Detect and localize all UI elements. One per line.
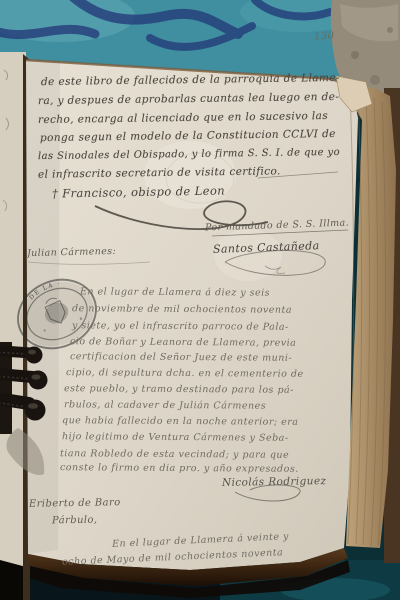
entry-line: cio de Boñar y Leanora de Llamera, previ… [70,335,296,350]
entry-line: hijo legitimo de Ventura Cármenes y Seba… [62,430,289,445]
margin-next-name: Eriberto de Baro [29,496,121,511]
entry-line: tiana Robledo de esta vecindad; y para q… [60,447,289,462]
photo-of-parish-register: · DE LA · [0,0,400,600]
entry-line: En el lugar de Llamera á diez y seis [80,285,270,299]
entry-line: rbulos, al cadaver de Julián Cármenes [64,398,266,412]
entry-line: de noviembre de mil ochocientos noventa [72,302,292,317]
entry-line: y siete, yo el infrascrito parroco de Pa… [72,319,289,334]
entry-line: certificacion del Señor Juez de este mun… [70,350,292,365]
entry-line: conste lo firmo en dia pro. y año expres… [60,461,299,476]
entry-line: este pueblo, y tramo destinado para los … [64,382,294,397]
entry-line: que habia fallecido en la noche anterior… [62,414,299,429]
priest-signature: Nicolás Rodriguez [222,475,327,490]
margin-deceased-name: Julian Cármenes: [27,245,116,260]
entry-line: cipio, di sepultura dcha. en el cementer… [66,366,304,381]
page-number: 130 [314,30,335,44]
margin-next-label: Párbulo, [52,514,98,528]
